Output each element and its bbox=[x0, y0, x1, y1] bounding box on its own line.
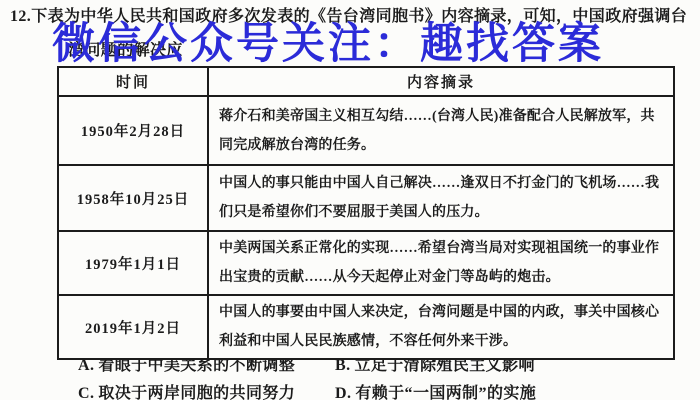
watermark-text: 微信公众号关注：趣找答案 bbox=[52, 10, 604, 71]
option-c: C.取决于两岸同胞的共同努力 bbox=[78, 380, 295, 400]
content-cell: 中美两国关系正常化的实现……希望台湾当局对实现祖国统一的事业作出宝贵的贡献……从… bbox=[208, 231, 674, 295]
content-cell: 中国人的事只能由中国人自己解决……逢双日不打金门的飞机场……我们只是希望你们不要… bbox=[208, 165, 674, 231]
option-c-letter: C. bbox=[78, 385, 94, 400]
header-cell-time: 时间 bbox=[58, 67, 208, 96]
option-d: D.有赖于“一国两制”的实施 bbox=[335, 380, 536, 400]
table-row: 1950年2月28日 蒋介石和美帝国主义相互勾结……(台湾人民)准备配合人民解放… bbox=[58, 96, 674, 165]
table-row: 1958年10月25日 中国人的事只能由中国人自己解决……逢双日不打金门的飞机场… bbox=[58, 165, 674, 231]
content-cell: 蒋介石和美帝国主义相互勾结……(台湾人民)准备配合人民解放军，共同完成解放台湾的… bbox=[208, 96, 674, 165]
summary-table: 时间 内容摘录 1950年2月28日 蒋介石和美帝国主义相互勾结……(台湾人民)… bbox=[57, 66, 675, 360]
table-header-row: 时间 内容摘录 bbox=[58, 67, 674, 96]
table-row: 1979年1月1日 中美两国关系正常化的实现……希望台湾当局对实现祖国统一的事业… bbox=[58, 231, 674, 295]
header-cell-content: 内容摘录 bbox=[208, 67, 674, 96]
time-cell: 1950年2月28日 bbox=[58, 96, 208, 165]
time-cell: 1979年1月1日 bbox=[58, 231, 208, 295]
option-c-text: 取决于两岸同胞的共同努力 bbox=[98, 385, 295, 400]
time-cell: 1958年10月25日 bbox=[58, 165, 208, 231]
exam-page: 12.下表为中华人民共和国政府多次发表的《告台湾同胞书》内容摘录，可知，中国政府… bbox=[0, 0, 700, 400]
content-cell: 中国人的事要由中国人来决定，台湾问题是中国的内政，事关中国核心利益和中国人民民族… bbox=[208, 295, 674, 359]
table-row: 2019年1月2日 中国人的事要由中国人来决定，台湾问题是中国的内政，事关中国核… bbox=[58, 295, 674, 359]
option-d-text: 有赖于“一国两制”的实施 bbox=[355, 385, 536, 400]
time-cell: 2019年1月2日 bbox=[58, 295, 208, 359]
option-d-letter: D. bbox=[335, 385, 351, 400]
